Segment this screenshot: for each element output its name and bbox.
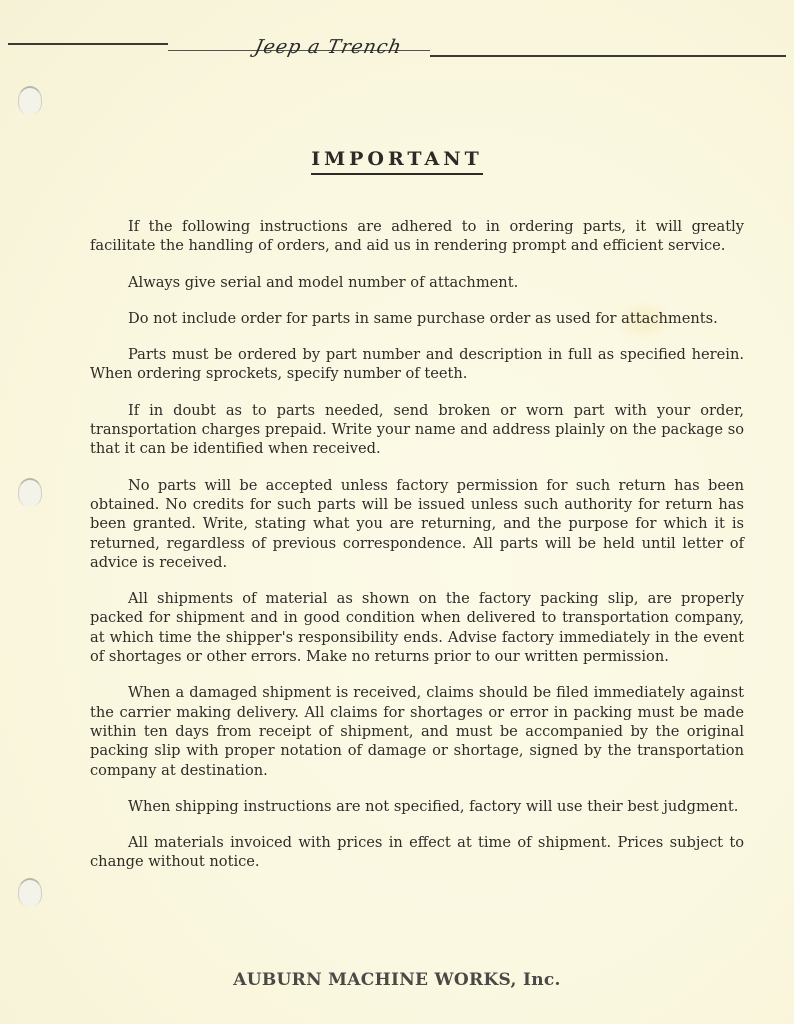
page-title: IMPORTANT [0, 148, 794, 175]
punch-hole-top [18, 86, 42, 114]
instructions-body: If the following instructions are adhere… [90, 217, 744, 889]
title-text: IMPORTANT [311, 148, 483, 175]
header-rule-right [430, 55, 786, 57]
paragraph-damaged-shipment: When a damaged shipment is received, cla… [90, 683, 744, 779]
paragraph-purchase-order: Do not include order for parts in same p… [90, 309, 744, 328]
paragraph-shipping-instructions: When shipping instructions are not speci… [90, 797, 744, 816]
punch-hole-middle [18, 478, 42, 506]
paragraph-intro: If the following instructions are adhere… [90, 217, 744, 256]
paragraph-doubt: If in doubt as to parts needed, send bro… [90, 401, 744, 459]
paragraph-part-number: Parts must be ordered by part number and… [90, 345, 744, 384]
company-name: AUBURN MACHINE WORKS, Inc. [0, 970, 794, 990]
paragraph-returns: No parts will be accepted unless factory… [90, 476, 744, 572]
punch-hole-bottom [18, 878, 42, 906]
document-page: Jeep a Trench IMPORTANT If the following… [0, 0, 794, 1024]
paragraph-serial-number: Always give serial and model number of a… [90, 273, 744, 292]
handwritten-note: Jeep a Trench [253, 36, 404, 58]
header-rule-left [8, 43, 168, 45]
paragraph-shipments: All shipments of material as shown on th… [90, 589, 744, 666]
paragraph-prices: All materials invoiced with prices in ef… [90, 833, 744, 872]
